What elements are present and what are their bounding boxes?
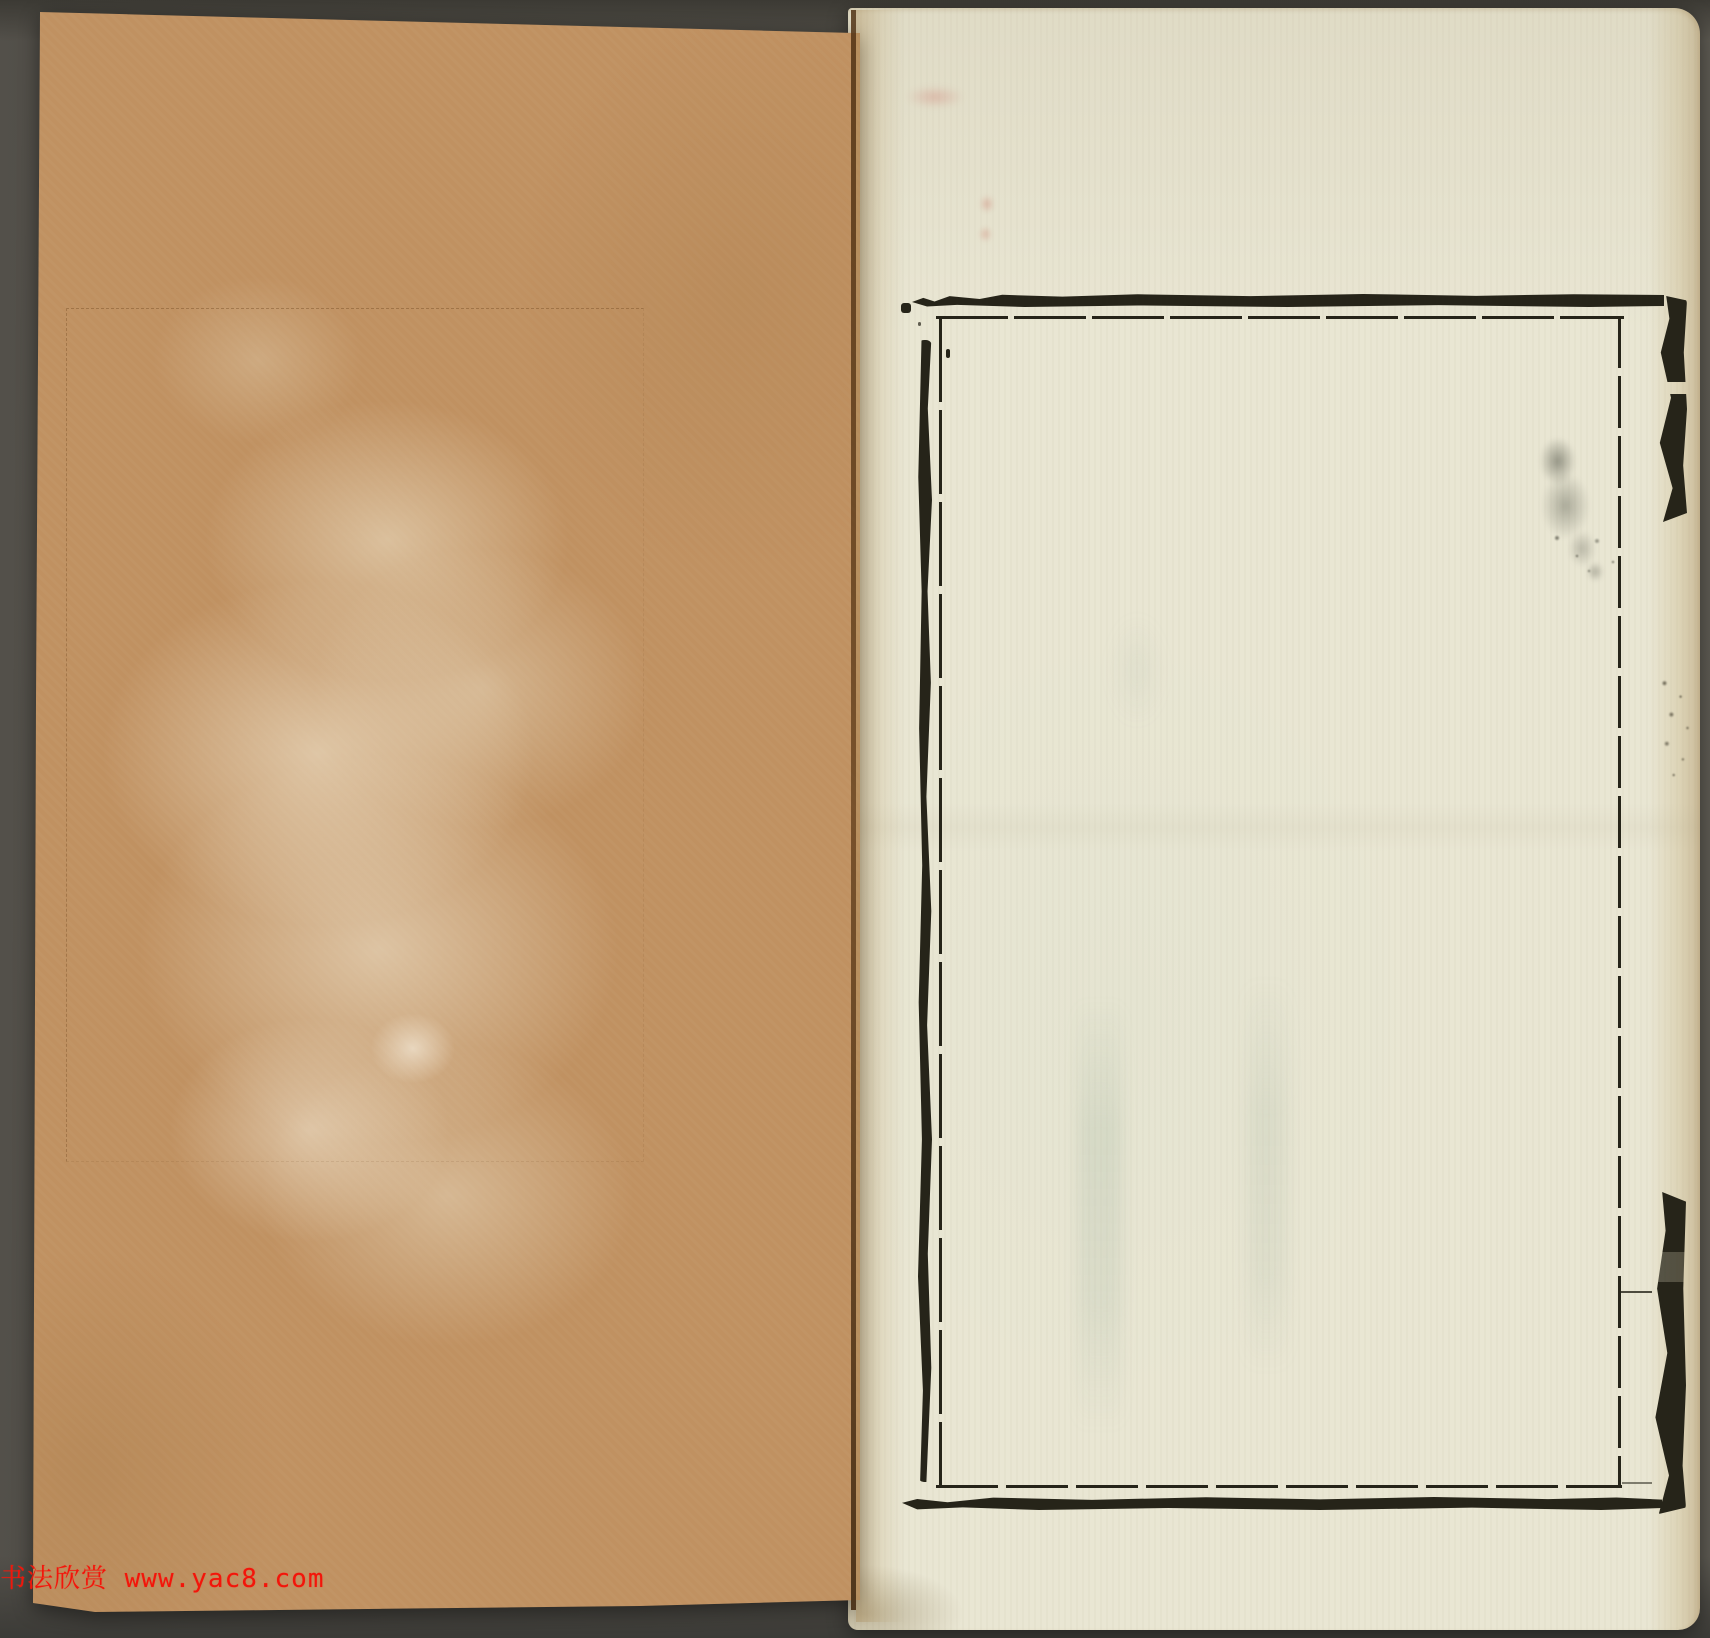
ink-bleedthrough-streak <box>1248 980 1286 1370</box>
left-cover-inner-page <box>0 0 860 1638</box>
ink-speck-small <box>918 322 921 326</box>
frame-left-border-cap <box>901 303 911 313</box>
ink-speck-near-corner <box>946 349 950 358</box>
page-edge-step-mark-upper <box>1620 1291 1652 1293</box>
book-photo-canvas: 书法欣赏 www.yac8.com <box>0 0 1710 1638</box>
binding-gutter <box>851 10 856 1610</box>
frame-top-thin-border <box>936 316 1624 319</box>
frame-top-thick-border <box>912 294 1664 307</box>
page-edge-step-mark-lower <box>1622 1482 1652 1484</box>
frame-left-thin-border <box>939 318 942 1488</box>
frame-bottom-thin-border <box>936 1485 1622 1488</box>
site-watermark-text: 书法欣赏 www.yac8.com <box>0 1564 325 1595</box>
ink-bleedthrough-blob <box>1105 600 1169 740</box>
ink-speckle-trail <box>1545 520 1625 580</box>
faint-red-seal-residue <box>896 82 974 112</box>
faint-red-residue-dots <box>972 188 1002 252</box>
gutter-shading <box>856 10 904 1622</box>
fore-edge-speckles <box>1653 672 1699 784</box>
ink-bleedthrough-streak <box>1078 1000 1122 1430</box>
ghost-frame-impression <box>66 308 644 1162</box>
